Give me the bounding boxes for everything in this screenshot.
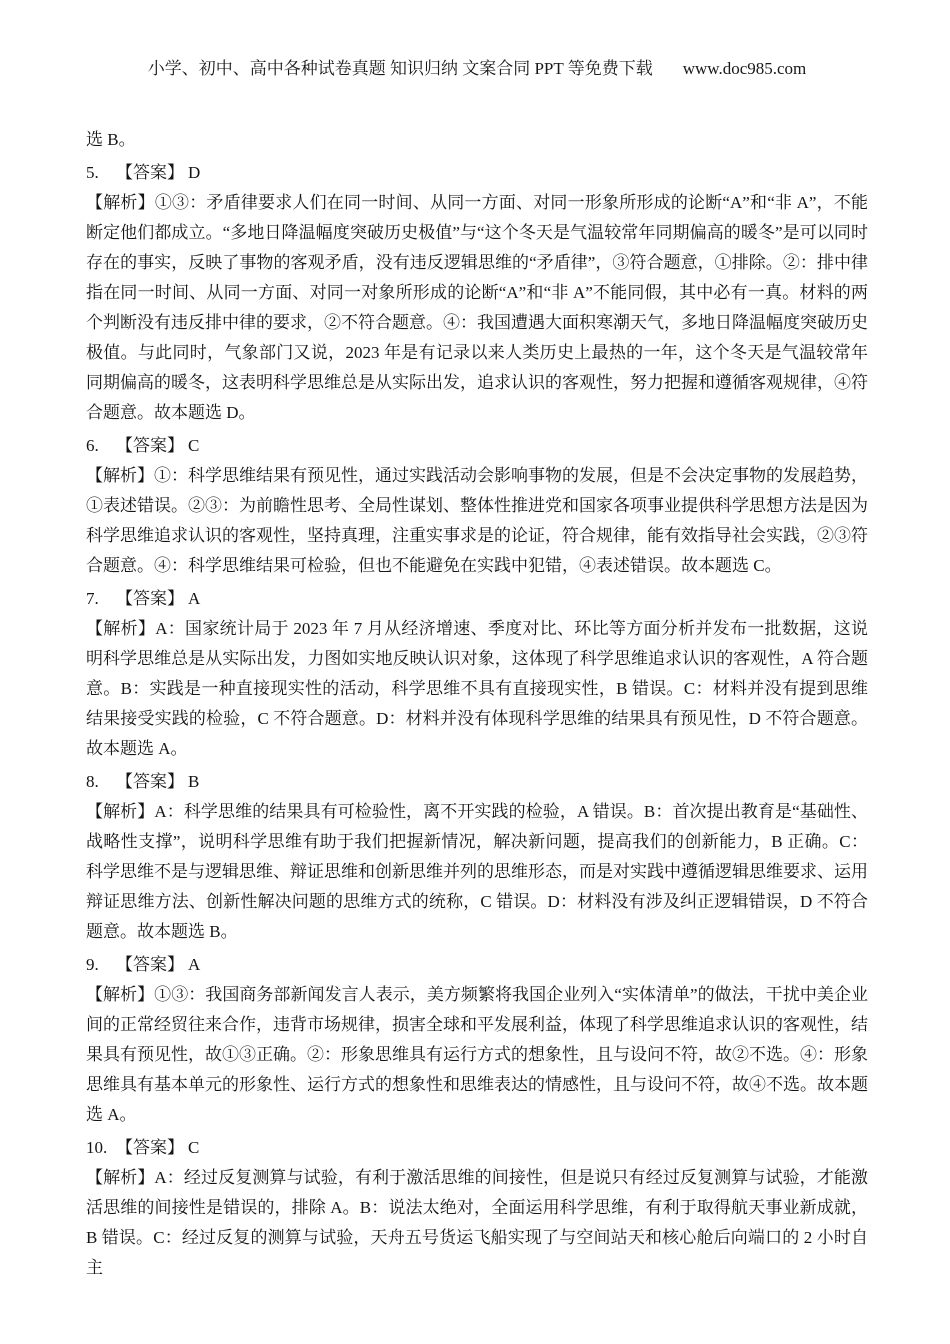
answer-line: 9.【答案】A	[86, 950, 868, 980]
analysis-tag: 【解析】	[86, 985, 154, 1004]
analysis-paragraph: 【解析】A：科学思维的结果具有可检验性，离不开实践的检验，A 错误。B：首次提出…	[86, 797, 868, 947]
question-item-10: 10.【答案】C 【解析】A：经过反复测算与试验，有利于激活思维的间接性，但是说…	[86, 1133, 868, 1283]
question-item-8: 8.【答案】B 【解析】A：科学思维的结果具有可检验性，离不开实践的检验，A 错…	[86, 767, 868, 947]
answer-tag: 【答案】	[116, 436, 184, 455]
analysis-text: ①③：矛盾律要求人们在同一时间、从同一方面、对同一形象所形成的论断“A”和“非 …	[86, 193, 868, 422]
answer-value: C	[188, 436, 199, 455]
header-site-url: www.doc985.com	[683, 59, 807, 78]
answer-line: 10.【答案】C	[86, 1133, 868, 1163]
analysis-text: A：经过反复测算与试验，有利于激活思维的间接性，但是说只有经过反复测算与试验，才…	[86, 1168, 868, 1277]
answer-value: A	[188, 955, 200, 974]
question-item-7: 7.【答案】A 【解析】A：国家统计局于 2023 年 7 月从经济增速、季度对…	[86, 584, 868, 764]
analysis-tag: 【解析】	[86, 1168, 154, 1187]
document-body: 选 B。 5.【答案】D 【解析】①③：矛盾律要求人们在同一时间、从同一方面、对…	[86, 125, 868, 1283]
analysis-text: A：国家统计局于 2023 年 7 月从经济增速、季度对比、环比等方面分析并发布…	[86, 619, 868, 758]
analysis-text: A：科学思维的结果具有可检验性，离不开实践的检验，A 错误。B：首次提出教育是“…	[86, 802, 868, 941]
question-item-6: 6.【答案】C 【解析】①：科学思维结果有预见性，通过实践活动会影响事物的发展，…	[86, 431, 868, 581]
question-number: 8.	[86, 767, 116, 797]
analysis-text: ①：科学思维结果有预见性，通过实践活动会影响事物的发展，但是不会决定事物的发展趋…	[86, 466, 868, 575]
answer-value: B	[188, 772, 199, 791]
question-number: 7.	[86, 584, 116, 614]
answer-tag: 【答案】	[116, 163, 184, 182]
answer-value: D	[188, 163, 200, 182]
analysis-text: ①③：我国商务部新闻发言人表示，美方频繁将我国企业列入“实体清单”的做法，干扰中…	[86, 985, 868, 1124]
answer-line: 8.【答案】B	[86, 767, 868, 797]
analysis-paragraph: 【解析】①：科学思维结果有预见性，通过实践活动会影响事物的发展，但是不会决定事物…	[86, 461, 868, 581]
question-number: 10.	[86, 1133, 116, 1163]
answer-value: C	[188, 1138, 199, 1157]
analysis-tag: 【解析】	[86, 802, 154, 821]
question-number: 5.	[86, 158, 116, 188]
page-header: 小学、初中、高中各种试卷真题 知识归纳 文案合同 PPT 等免费下载www.do…	[86, 58, 868, 80]
analysis-paragraph: 【解析】A：国家统计局于 2023 年 7 月从经济增速、季度对比、环比等方面分…	[86, 614, 868, 764]
header-promo-text: 小学、初中、高中各种试卷真题 知识归纳 文案合同 PPT 等免费下载	[148, 59, 653, 78]
question-number: 9.	[86, 950, 116, 980]
answer-line: 5.【答案】D	[86, 158, 868, 188]
continuation-line: 选 B。	[86, 125, 868, 155]
analysis-paragraph: 【解析】①③：我国商务部新闻发言人表示，美方频繁将我国企业列入“实体清单”的做法…	[86, 980, 868, 1130]
answer-line: 6.【答案】C	[86, 431, 868, 461]
analysis-paragraph: 【解析】A：经过反复测算与试验，有利于激活思维的间接性，但是说只有经过反复测算与…	[86, 1163, 868, 1283]
analysis-tag: 【解析】	[86, 193, 155, 212]
answer-value: A	[188, 589, 200, 608]
answer-tag: 【答案】	[116, 955, 184, 974]
answer-tag: 【答案】	[116, 772, 184, 791]
document-page: 小学、初中、高中各种试卷真题 知识归纳 文案合同 PPT 等免费下载www.do…	[0, 0, 950, 1344]
question-item-5: 5.【答案】D 【解析】①③：矛盾律要求人们在同一时间、从同一方面、对同一形象所…	[86, 158, 868, 428]
answer-tag: 【答案】	[116, 589, 184, 608]
question-item-9: 9.【答案】A 【解析】①③：我国商务部新闻发言人表示，美方频繁将我国企业列入“…	[86, 950, 868, 1130]
analysis-paragraph: 【解析】①③：矛盾律要求人们在同一时间、从同一方面、对同一形象所形成的论断“A”…	[86, 188, 868, 428]
analysis-tag: 【解析】	[86, 466, 154, 485]
analysis-tag: 【解析】	[86, 619, 155, 638]
answer-tag: 【答案】	[116, 1138, 184, 1157]
question-number: 6.	[86, 431, 116, 461]
answer-line: 7.【答案】A	[86, 584, 868, 614]
